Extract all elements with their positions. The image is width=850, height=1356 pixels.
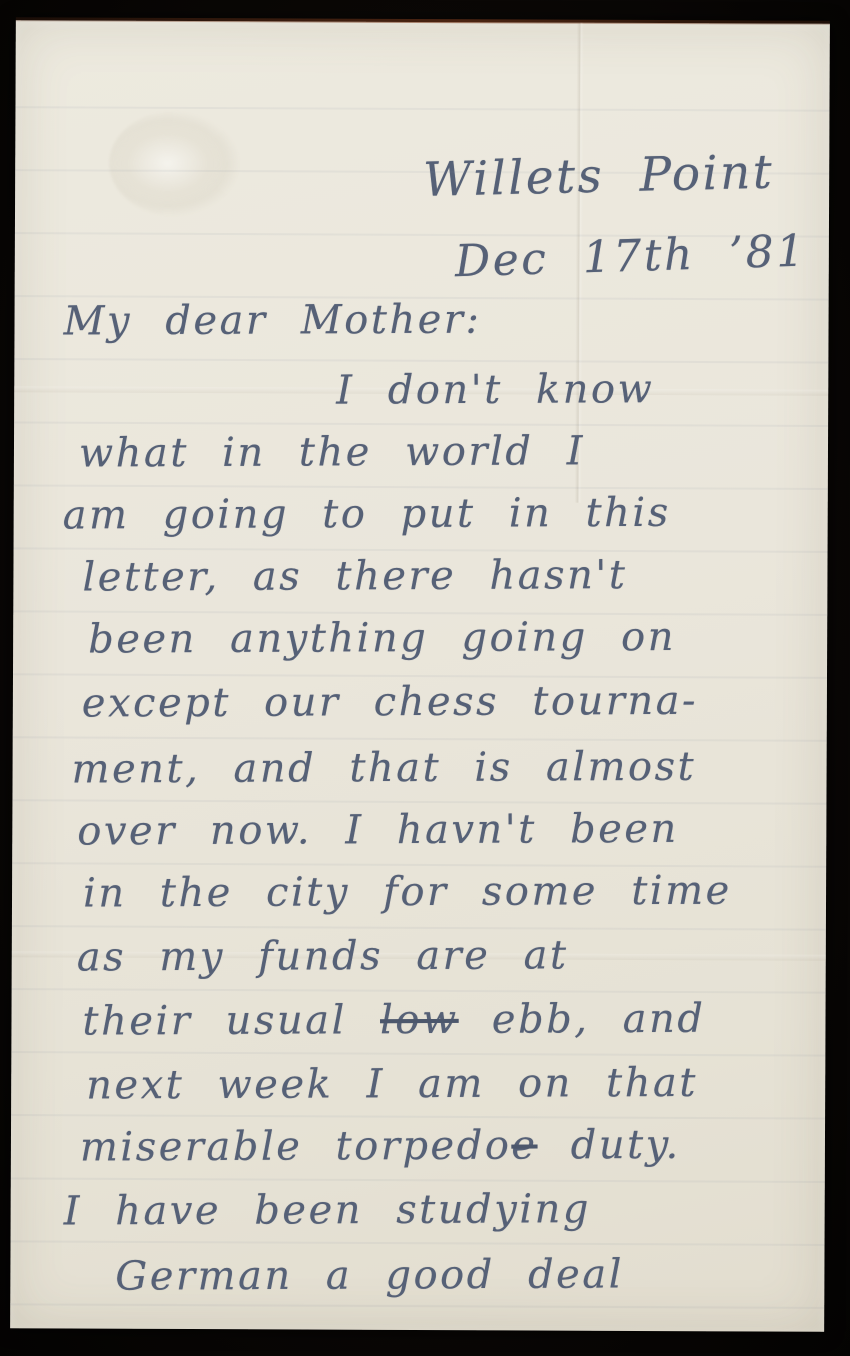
letter-line-text: miserable torpedo [80, 1123, 512, 1171]
photo-background: Willets Point Dec 17th ’81 My dear Mothe… [0, 0, 850, 1356]
letter-line-text: am going to put in this [63, 490, 671, 539]
letter-line-text: ebb, and [459, 996, 706, 1043]
letter-paper: Willets Point Dec 17th ’81 My dear Mothe… [10, 20, 830, 1332]
letter-line: except our chess tourna- [82, 678, 698, 727]
letter-line-text: as my funds are at [77, 932, 569, 980]
letter-date: Dec 17th ’81 [454, 226, 807, 288]
letter-line-text: duty. [537, 1122, 680, 1169]
letter-line: in the city for some time [83, 868, 732, 917]
letter-line: letter, as there hasn't [82, 552, 627, 600]
letter-line: ment, and that is almost [71, 744, 696, 793]
letter-line: as my funds are at [77, 932, 569, 980]
struck-word: low [380, 997, 459, 1043]
letter-line: next week I am on that [86, 1060, 698, 1109]
letter-line: been anything going on [88, 614, 676, 663]
letter-line-text: letter, as there hasn't [82, 552, 627, 600]
letter-line: I don't know [336, 366, 654, 413]
letter-line: I have been studying [64, 1186, 591, 1234]
embossed-seal [109, 111, 239, 217]
letter-line-text: I don't know [336, 366, 654, 413]
letter-line-text: next week I am on that [86, 1060, 698, 1109]
letter-line: what in the world I [79, 428, 585, 476]
letter-line: their usual low ebb, and [82, 996, 705, 1045]
letter-line: German a good deal [115, 1251, 624, 1299]
letter-body: My dear Mother:I don't knowwhat in the w… [16, 20, 830, 24]
letter-line-text: what in the world I [79, 428, 585, 476]
letter-place: Willets Point [423, 145, 775, 208]
letter-line-text: their usual [82, 997, 380, 1044]
letter-line-text: been anything going on [88, 614, 676, 663]
letter-line: miserable torpedoe duty. [80, 1122, 681, 1171]
letter-line-text: ment, and that is almost [71, 744, 696, 793]
letter-line-text: I have been studying [64, 1186, 591, 1234]
letter-line-text: My dear Mother: [63, 297, 481, 345]
letter-line: over now. I havn't been [77, 806, 679, 855]
letter-line-text: German a good deal [115, 1251, 624, 1299]
letter-line: My dear Mother: [63, 297, 481, 345]
letter-line-text: except our chess tourna- [82, 678, 698, 727]
letter-line-text: in the city for some time [83, 868, 732, 917]
struck-word: e [511, 1123, 537, 1169]
letter-line: am going to put in this [63, 490, 671, 539]
letter-line-text: over now. I havn't been [77, 806, 679, 855]
